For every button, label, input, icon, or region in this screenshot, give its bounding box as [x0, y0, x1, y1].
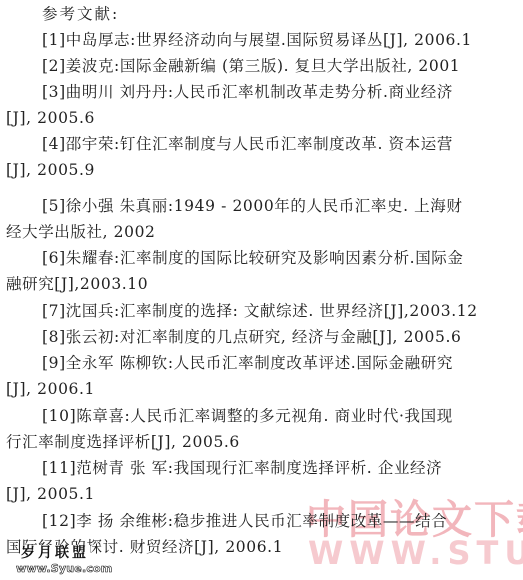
reference-8-line-1: [8]张云初:对汇率制度的几点研究, 经济与金融[J], 2005.6	[42, 327, 461, 347]
reference-7-line-1: [7]沈国兵:汇率制度的选择: 文献综述. 世界经济[J],2003.12	[42, 301, 478, 321]
reference-1-line-1: [1]中岛厚志:世界经济动向与展望.国际贸易译丛[J], 2006.1	[42, 30, 472, 50]
reference-9-line-1: [9]全永军 陈柳钦:人民币汇率制度改革评述.国际金融研究	[42, 353, 453, 373]
reference-5-line-2: 经大学出版社, 2002	[6, 222, 156, 242]
reference-2-line-1: [2]姜波克:国际金融新编 (第三版). 复旦大学出版社, 2001	[42, 56, 460, 76]
reference-6-line-2: 融研究[J],2003.10	[6, 274, 148, 294]
reference-12-line-1: [12]李 扬 余维彬:稳步推进人民币汇率制度改革——结合	[42, 511, 447, 531]
reference-11-line-2: [J], 2005.1	[6, 484, 95, 504]
reference-6-line-1: [6]朱耀春:汇率制度的国际比较研究及影响因素分析.国际金	[42, 248, 464, 268]
reference-3-line-2: [J], 2005.6	[6, 108, 95, 128]
reference-3-line-1: [3]曲明川 刘丹丹:人民币汇率机制改革走势分析.商业经济	[42, 82, 453, 102]
reference-10-line-2: 行汇率制度选择评析[J], 2005.6	[6, 432, 240, 452]
reference-9-line-2: [J], 2006.1	[6, 379, 95, 399]
logo-name: 岁月联盟	[20, 545, 90, 561]
reference-5-line-1: [5]徐小强 朱真丽:1949 - 2000年的人民币汇率史. 上海财	[42, 196, 462, 216]
reference-11-line-1: [11]范树青 张 军:我国现行汇率制度选择评析. 企业经济	[42, 458, 442, 478]
site-logo: 岁月联盟 www.Syue.com	[10, 545, 90, 580]
logo-url: www.Syue.com	[16, 562, 112, 575]
watermark-url: WWW.STUDA.	[308, 536, 523, 570]
references-heading: 参考文献:	[42, 4, 119, 24]
reference-4-line-2: [J], 2005.9	[6, 160, 95, 180]
reference-page: 参考文献: [1]中岛厚志:世界经济动向与展望.国际贸易译丛[J], 2006.…	[0, 0, 523, 580]
reference-4-line-1: [4]邵宇荣:钉住汇率制度与人民币汇率制度改革. 资本运营	[42, 134, 453, 154]
reference-10-line-1: [10]陈章喜:人民币汇率调整的多元视角. 商业时代·我国现	[42, 406, 453, 426]
